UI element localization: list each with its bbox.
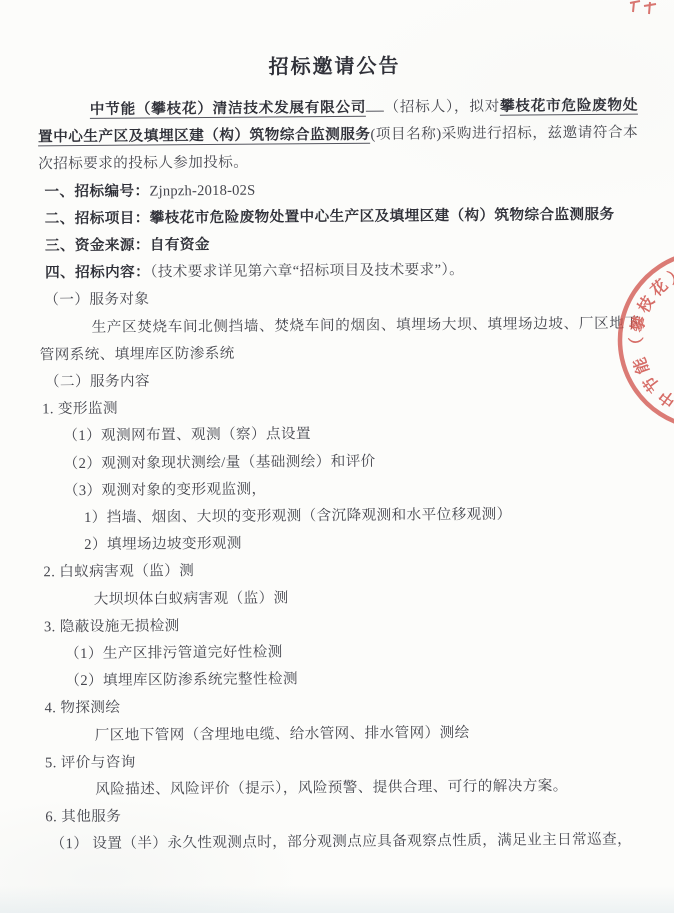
company-seal: 中节能（攀枝花）清洁技术发展有限公司 [608,240,674,440]
project-name-note: (项目名称) [370,126,441,143]
document-line: 风险描述、风险评价（提示），风险预警、提供合理、可行的解决方案。 [43,773,643,805]
section-label: 一、招标编号： [44,183,149,200]
scanned-page: 招标邀请公告 中节能（攀枝花）清洁技术发展有限公司（招标人），拟对攀枝花市危险废… [0,0,674,913]
fund-source-value: 自有资金 [150,237,210,253]
intro-paragraph: 中节能（攀枝花）清洁技术发展有限公司（招标人），拟对攀枝花市危险废物处置中心生产… [38,93,639,179]
section-label: 二、招标项目： [45,210,150,227]
tender-project-value: 攀枝花市危险废物处置中心生产区及填埋区建（构）筑物综合监测服务 [150,207,615,227]
seal-text: 中节能（攀枝花）清洁技术发展有限公司 [608,240,674,429]
svg-text:中节能（攀枝花）清洁技术发展有限公司: 中节能（攀枝花）清洁技术发展有限公司 [608,240,674,429]
page-title: 招标邀请公告 [0,47,672,81]
tender-content-value: （技术要求详见第六章“招标项目及技术要求”）。 [150,262,464,280]
bidder-company-name: 中节能（攀枝花）清洁技术发展有限公司 [90,100,366,119]
document-sheet: 招标邀请公告 中节能（攀枝花）清洁技术发展有限公司（招标人），拟对攀枝花市危险废… [0,0,674,913]
document-line: 生产区焚烧车间北侧挡墙、焚烧车间的烟囱、填埋场大坝、填埋场边坡、厂区地下管网系统… [39,310,639,369]
document-body: 中节能（攀枝花）清洁技术发展有限公司（招标人），拟对攀枝花市危险废物处置中心生产… [38,93,644,859]
intro-text: （招标人），拟对 [384,99,500,116]
document-line: （1） 设置（半）永久性观测点时，部分观测点应具备观察点性质，满足业主日常巡查， [44,827,644,859]
red-ink-mark [626,0,660,18]
tender-number-value: Zjnpzh-2018-02S [149,182,255,199]
underline-fill [366,111,384,112]
section-label: 四、招标内容： [45,265,150,282]
section-tender-project: 二、招标项目：攀枝花市危险废物处置中心生产区及填埋区建（构）筑物综合监测服务 [39,201,639,233]
section-label: 三、资金来源： [45,237,150,254]
